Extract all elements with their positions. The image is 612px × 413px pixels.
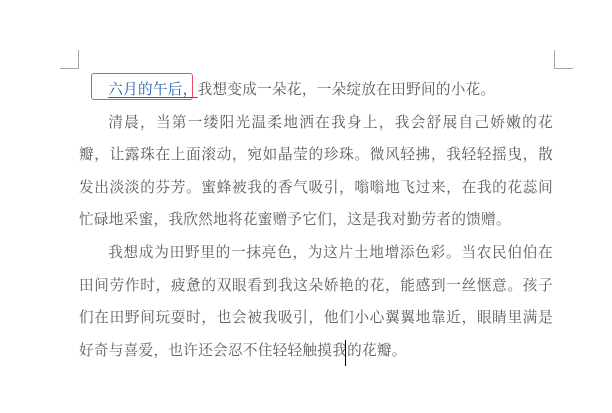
paragraph-1-text: 我想变成一朵花，一朵绽放在田野间的小花。 xyxy=(198,81,496,98)
paragraph-2-text: 清晨，当第一缕阳光温柔地洒在我身上，我会舒展自己娇嫩的花瓣，让露珠在上面滚动，宛… xyxy=(79,114,553,229)
top-left-margin-marker xyxy=(60,50,79,69)
paragraph-3[interactable]: 我想成为田野里的一抹亮色，为这片土地增添色彩。当农民伯伯在田间劳作时，疲惫的双眼… xyxy=(79,237,553,367)
document-page: 六月的午后，我想变成一朵花，一朵绽放在田野间的小花。 清晨，当第一缕阳光温柔地洒… xyxy=(0,0,612,413)
paragraph-2[interactable]: 清晨，当第一缕阳光温柔地洒在我身上，我会舒展自己娇嫩的花瓣，让露珠在上面滚动，宛… xyxy=(79,107,553,237)
text-cursor xyxy=(345,340,346,366)
document-body[interactable]: 六月的午后，我想变成一朵花，一朵绽放在田野间的小花。 清晨，当第一缕阳光温柔地洒… xyxy=(79,74,553,367)
hyperlink-text[interactable]: 六月的午后， xyxy=(108,81,197,98)
paragraph-3-text: 我想成为田野里的一抹亮色，为这片土地增添色彩。当农民伯伯在田间劳作时，疲惫的双眼… xyxy=(79,244,553,359)
top-right-margin-marker xyxy=(554,50,573,69)
paragraph-1[interactable]: 六月的午后，我想变成一朵花，一朵绽放在田野间的小花。 xyxy=(79,74,553,107)
